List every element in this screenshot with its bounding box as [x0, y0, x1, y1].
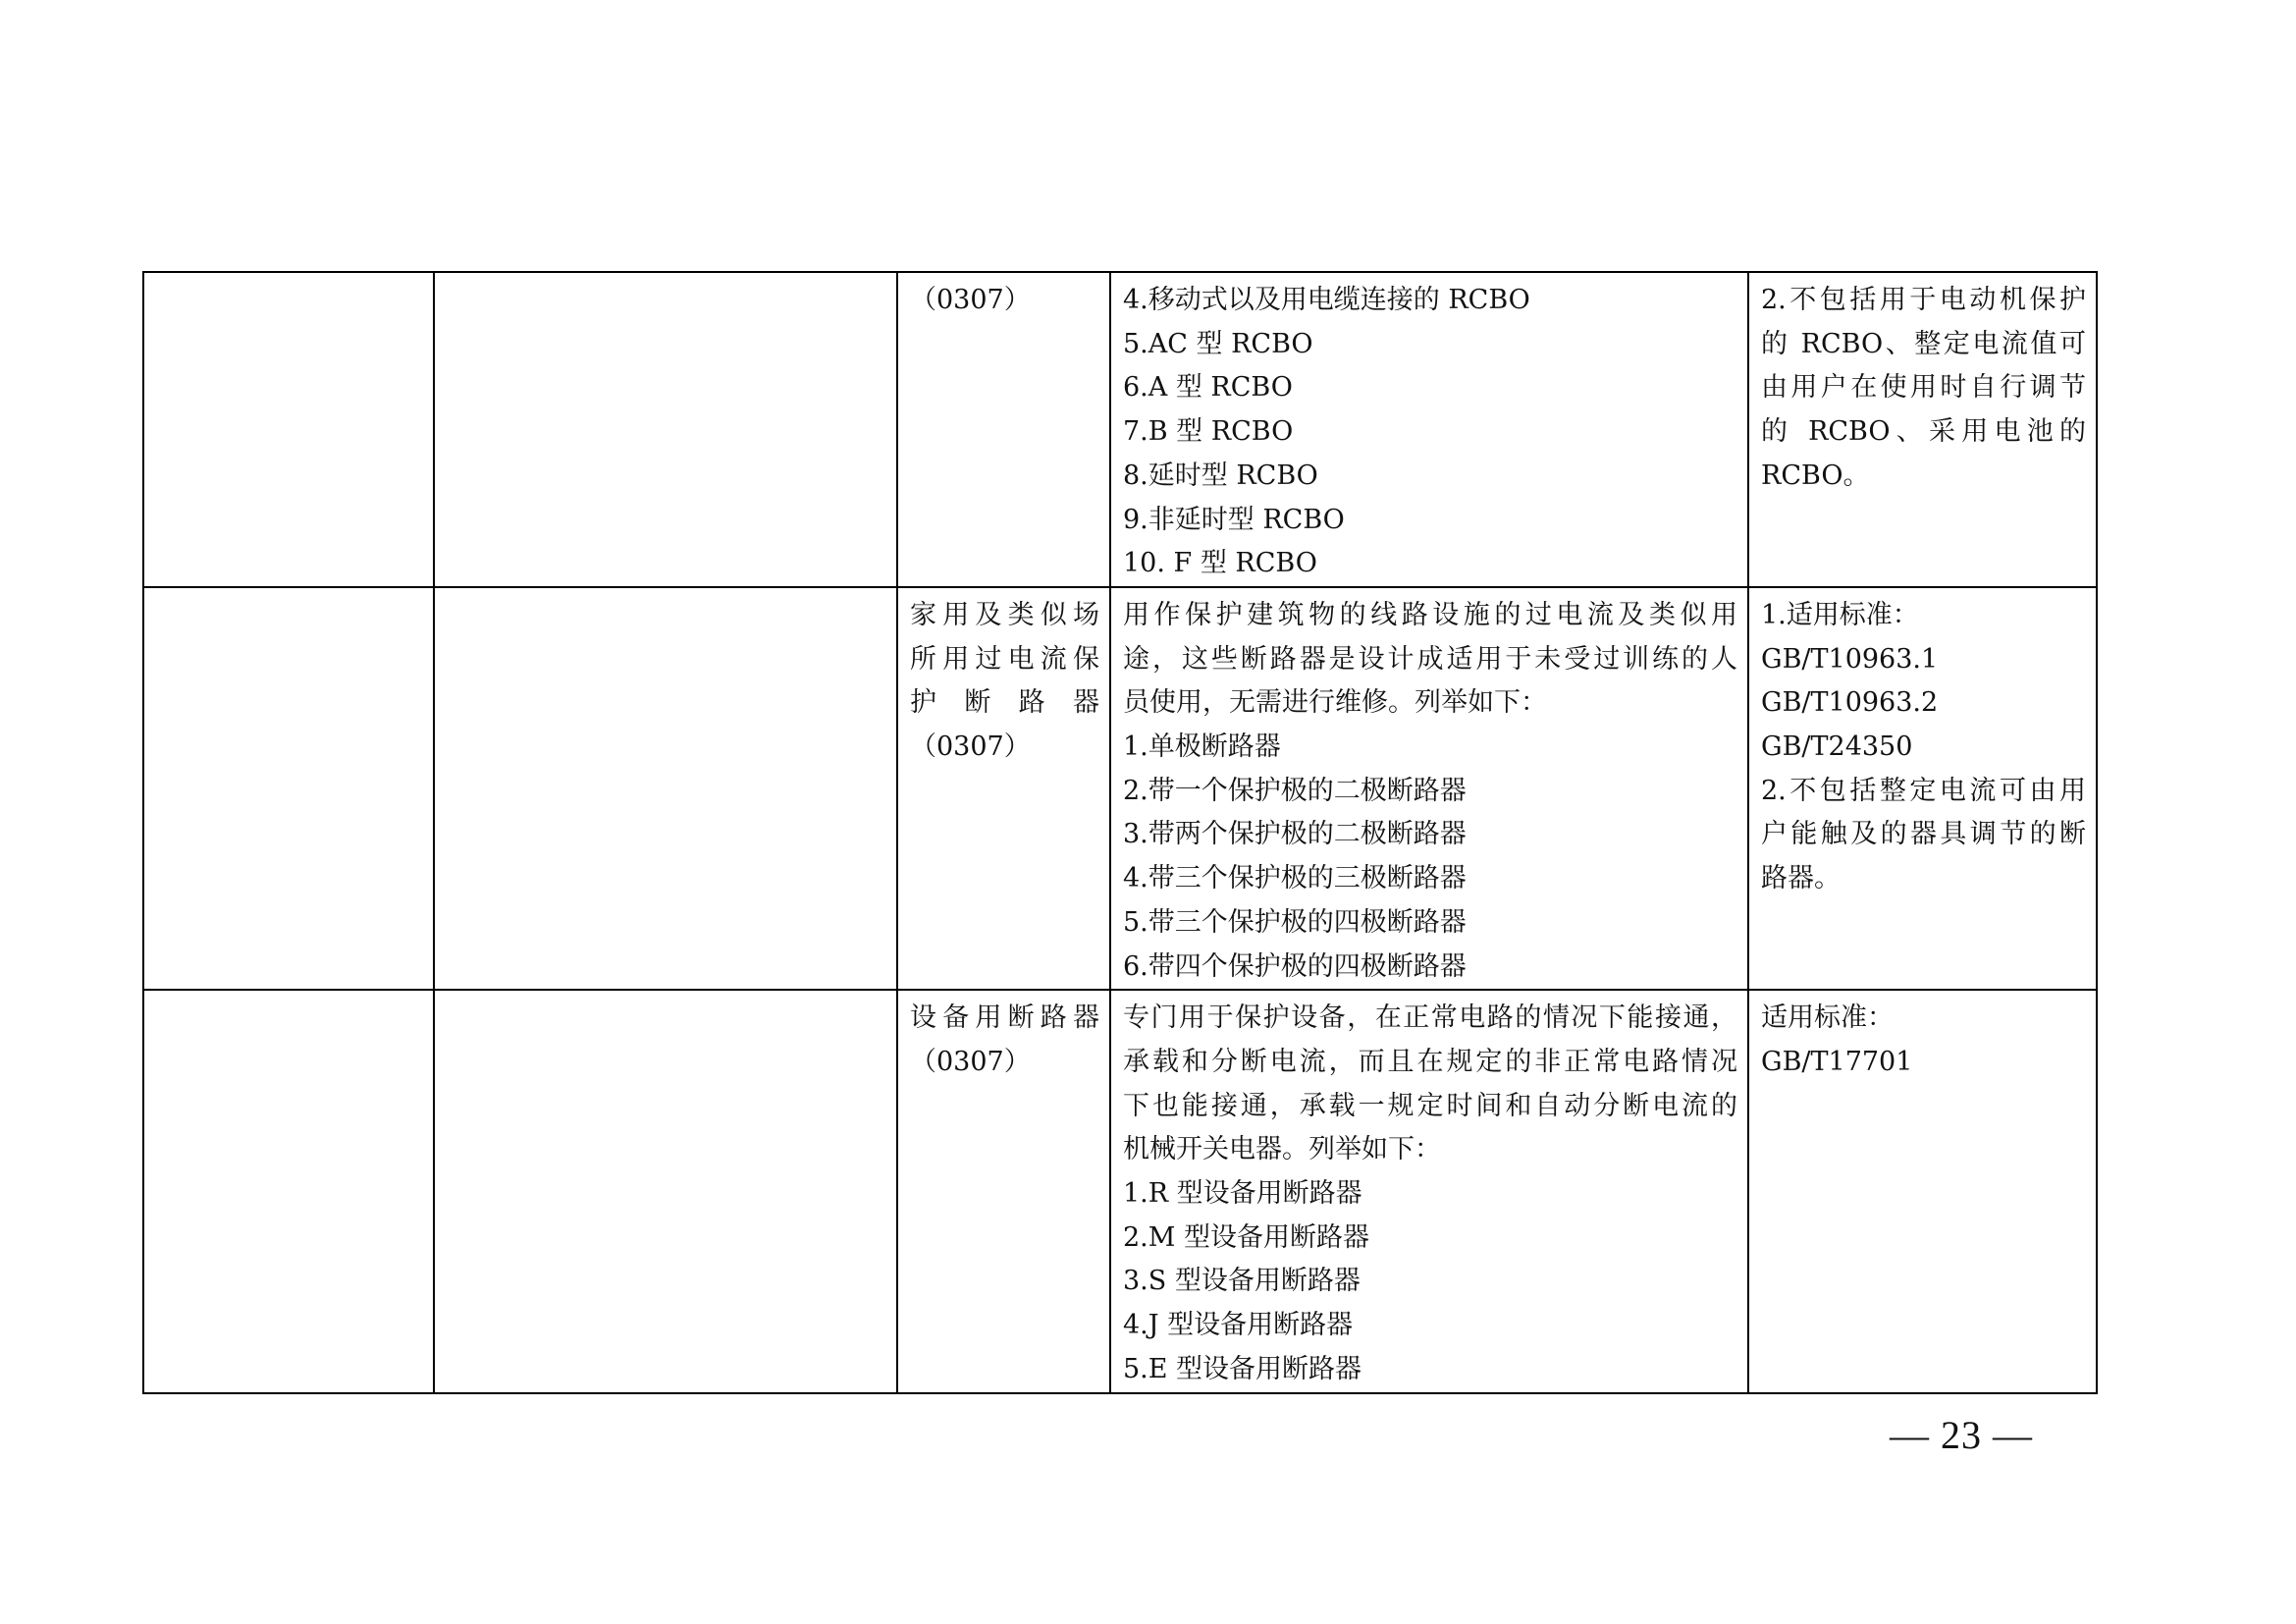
description-line: 5.AC 型 RCBO [1123, 323, 1737, 367]
subcategory-cell [434, 990, 897, 1392]
product-description-cell: 专门用于保护设备，在正常电路的情况下能接通， 承载和分断电流，而且在规定的非正常… [1110, 990, 1748, 1392]
notes-cell: 适用标准： GB/T17701 [1748, 990, 2097, 1392]
category-cell [143, 272, 434, 587]
description-line: 5.带三个保护极的四极断路器 [1123, 901, 1737, 946]
category-cell [143, 587, 434, 990]
standard-code: GB/T10963.2 [1761, 681, 2086, 726]
standard-code: GB/T17701 [1761, 1041, 2086, 1085]
description-line: 2.M 型设备用断路器 [1123, 1217, 1737, 1261]
description-line: 7.B 型 RCBO [1123, 410, 1737, 455]
product-name-line: 家用及类似场 [910, 594, 1099, 638]
note-line: 路器。 [1761, 857, 2086, 901]
description-line: 机械开关电器。列举如下： [1123, 1128, 1737, 1172]
note-line: RCBO。 [1761, 455, 2086, 499]
description-line: 承载和分断电流，而且在规定的非正常电路情况 [1123, 1041, 1737, 1085]
table-row: 家用及类似场 所用过电流保 护 断 路 器 （0307） 用作保护建筑物的线路设… [143, 587, 2097, 990]
note-line: 2.不包括用于电动机保护 [1761, 279, 2086, 323]
product-name-cell: 家用及类似场 所用过电流保 护 断 路 器 （0307） [897, 587, 1110, 990]
page-number: — 23 — [1890, 1412, 2061, 1459]
note-line: 适用标准： [1761, 997, 2086, 1041]
note-line: 户能触及的器具调节的断 [1761, 813, 2086, 857]
subcategory-cell [434, 587, 897, 990]
description-line: 5.E 型设备用断路器 [1123, 1348, 1737, 1392]
product-name-line: （0307） [910, 279, 1099, 323]
description-line: 9.非延时型 RCBO [1123, 499, 1737, 543]
description-line: 8.延时型 RCBO [1123, 455, 1737, 499]
description-line: 4.移动式以及用电缆连接的 RCBO [1123, 279, 1737, 323]
description-line: 2.带一个保护极的二极断路器 [1123, 770, 1737, 814]
description-line: 6.A 型 RCBO [1123, 366, 1737, 410]
table-row: 设备用断路器 （0307） 专门用于保护设备，在正常电路的情况下能接通， 承载和… [143, 990, 2097, 1392]
description-line: 途，这些断路器是设计成适用于未受过训练的人 [1123, 638, 1737, 682]
description-line: 4.J 型设备用断路器 [1123, 1304, 1737, 1348]
note-line: 1.适用标准： [1761, 594, 2086, 638]
product-name-line: 所用过电流保 [910, 638, 1099, 682]
product-name-cell: 设备用断路器 （0307） [897, 990, 1110, 1392]
description-line: 1.R 型设备用断路器 [1123, 1172, 1737, 1217]
subcategory-cell [434, 272, 897, 587]
description-line: 3.S 型设备用断路器 [1123, 1260, 1737, 1304]
document-page: （0307） 4.移动式以及用电缆连接的 RCBO 5.AC 型 RCBO 6.… [0, 0, 2296, 1624]
product-name-cell: （0307） [897, 272, 1110, 587]
note-line: 2.不包括整定电流可由用 [1761, 770, 2086, 814]
description-line: 下也能接通，承载一规定时间和自动分断电流的 [1123, 1085, 1737, 1129]
product-description-cell: 4.移动式以及用电缆连接的 RCBO 5.AC 型 RCBO 6.A 型 RCB… [1110, 272, 1748, 587]
product-name-line: （0307） [910, 1041, 1099, 1085]
product-catalog-table: （0307） 4.移动式以及用电缆连接的 RCBO 5.AC 型 RCBO 6.… [142, 271, 2098, 1394]
description-line: 3.带两个保护极的二极断路器 [1123, 813, 1737, 857]
description-line: 员使用，无需进行维修。列举如下： [1123, 681, 1737, 726]
description-line: 4.带三个保护极的三极断路器 [1123, 857, 1737, 901]
category-cell [143, 990, 434, 1392]
notes-cell: 1.适用标准： GB/T10963.1 GB/T10963.2 GB/T2435… [1748, 587, 2097, 990]
standard-code: GB/T10963.1 [1761, 638, 2086, 682]
description-line: 1.单极断路器 [1123, 726, 1737, 770]
description-line: 6.带四个保护极的四极断路器 [1123, 946, 1737, 990]
product-name-line: 护 断 路 器 [910, 681, 1099, 726]
description-line: 专门用于保护设备，在正常电路的情况下能接通， [1123, 997, 1737, 1041]
note-line: 由用户在使用时自行调节 [1761, 366, 2086, 410]
note-line: 的 RCBO、整定电流值可 [1761, 323, 2086, 367]
description-line: 10. F 型 RCBO [1123, 542, 1737, 586]
product-description-cell: 用作保护建筑物的线路设施的过电流及类似用 途，这些断路器是设计成适用于未受过训练… [1110, 587, 1748, 990]
product-name-line: 设备用断路器 [910, 997, 1099, 1041]
product-name-line: （0307） [910, 726, 1099, 770]
table-row: （0307） 4.移动式以及用电缆连接的 RCBO 5.AC 型 RCBO 6.… [143, 272, 2097, 587]
note-line: 的 RCBO、采用电池的 [1761, 410, 2086, 455]
description-line: 用作保护建筑物的线路设施的过电流及类似用 [1123, 594, 1737, 638]
notes-cell: 2.不包括用于电动机保护 的 RCBO、整定电流值可 由用户在使用时自行调节 的… [1748, 272, 2097, 587]
standard-code: GB/T24350 [1761, 726, 2086, 770]
